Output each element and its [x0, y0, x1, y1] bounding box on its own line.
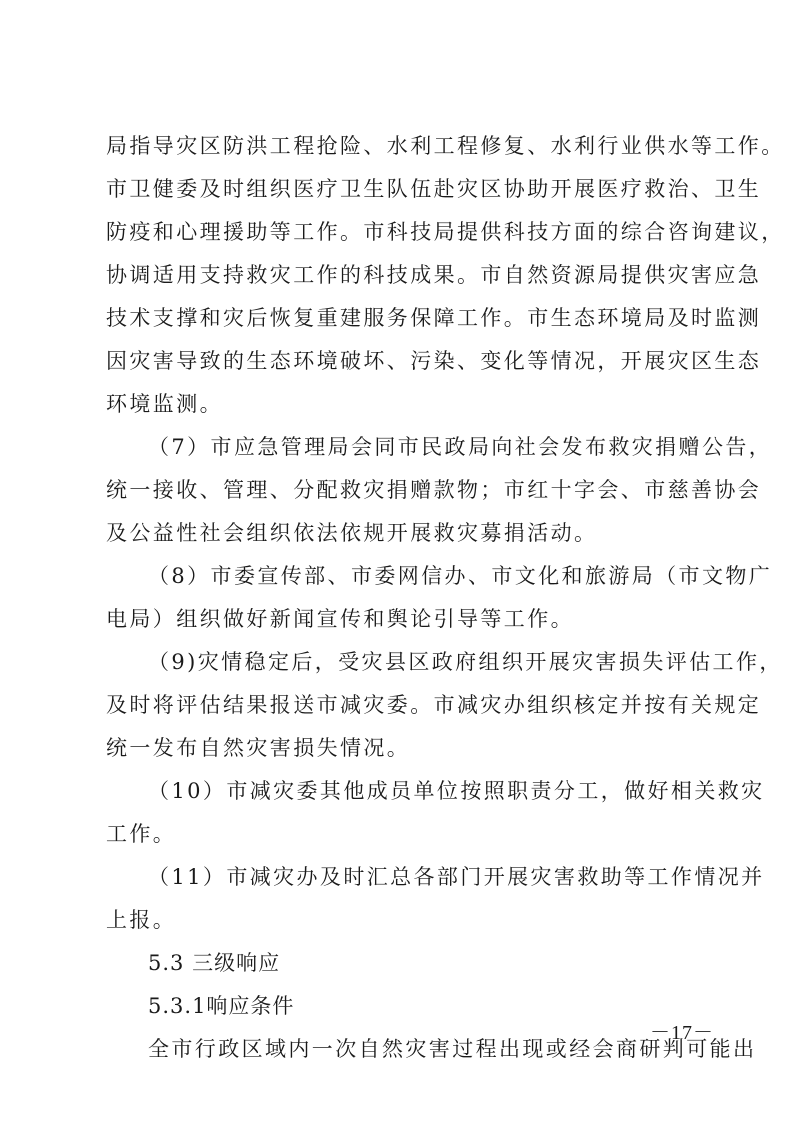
text-line: 防疫和心理援助等工作。市科技局提供科技方面的综合咨询建议，: [106, 217, 706, 247]
document-page: 局指导灾区防洪工程抢险、水利工程修复、水利行业供水等工作。市卫健委及时组织医疗卫…: [0, 0, 793, 1122]
text-line: 全市行政区域内一次自然灾害过程出现或经会商研判可能出: [148, 1034, 706, 1064]
text-line: 电局）组织做好新闻宣传和舆论引导等工作。: [106, 604, 706, 634]
text-line: （9)灾情稳定后，受灾县区政府组织开展灾害损失评估工作，: [148, 647, 706, 677]
section-heading: 5.3 三级响应: [148, 948, 748, 978]
text-line: 技术支撑和灾后恢复重建服务保障工作。市生态环境局及时监测: [106, 303, 706, 333]
text-line: （10）市减灾委其他成员单位按照职责分工，做好相关救灾: [148, 776, 706, 806]
text-line: 因灾害导致的生态环境破坏、污染、变化等情况，开展灾区生态: [106, 346, 706, 376]
text-line: 工作。: [106, 819, 706, 849]
page-number: －17－: [650, 1016, 714, 1045]
text-line: 市卫健委及时组织医疗卫生队伍赴灾区协助开展医疗救治、卫生: [106, 174, 706, 204]
text-line: （8）市委宣传部、市委网信办、市文化和旅游局（市文物广: [148, 561, 706, 591]
text-line: 统一接收、管理、分配救灾捐赠款物；市红十字会、市慈善协会: [106, 475, 706, 505]
text-line: 环境监测。: [106, 389, 706, 419]
text-line: 局指导灾区防洪工程抢险、水利工程修复、水利行业供水等工作。: [106, 131, 706, 161]
text-line: （11）市减灾办及时汇总各部门开展灾害救助等工作情况并: [148, 862, 706, 892]
text-line: 统一发布自然灾害损失情况。: [106, 733, 706, 763]
text-line: 及公益性社会组织依法依规开展救灾募捐活动。: [106, 518, 706, 548]
text-line: 协调适用支持救灾工作的科技成果。市自然资源局提供灾害应急: [106, 260, 706, 290]
text-line: 及时将评估结果报送市减灾委。市减灾办组织核定并按有关规定: [106, 690, 706, 720]
text-line: 上报。: [106, 905, 706, 935]
text-line: （7）市应急管理局会同市民政局向社会发布救灾捐赠公告，: [148, 432, 706, 462]
